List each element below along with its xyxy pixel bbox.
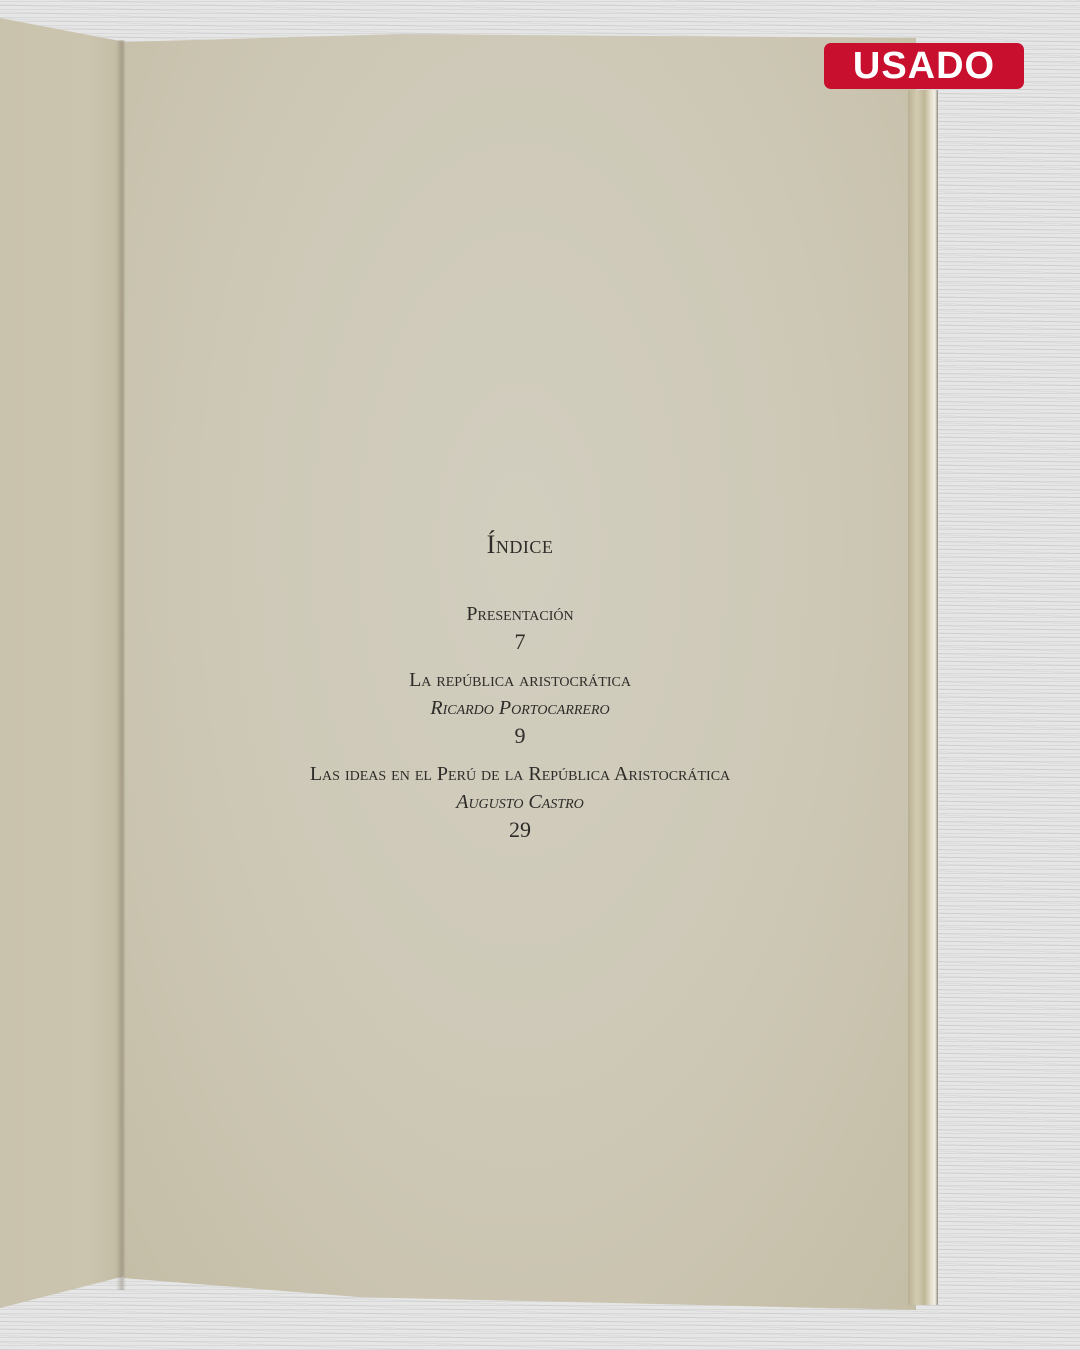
open-book: Índice Presentación 7 La república arist… [0, 0, 1080, 1350]
toc-entry-page: 7 [124, 628, 916, 656]
toc-entry: Las ideas en el Perú de la República Ari… [124, 760, 916, 844]
toc-entry: La república aristocrática Ricardo Porto… [124, 666, 916, 750]
toc-entry-author: Ricardo Portocarrero [124, 694, 916, 722]
toc-entry-author: Augusto Castro [124, 788, 916, 816]
toc-entry: Presentación 7 [124, 600, 916, 656]
toc-entry-heading: Las ideas en el Perú de la República Ari… [124, 760, 916, 788]
toc-entry-heading: Presentación [124, 600, 916, 628]
table-of-contents: Índice Presentación 7 La república arist… [124, 530, 916, 854]
used-condition-badge: USADO [824, 43, 1024, 89]
toc-entry-heading: La república aristocrática [124, 666, 916, 694]
toc-entry-page: 9 [124, 722, 916, 750]
toc-title: Índice [124, 530, 916, 560]
toc-entry-page: 29 [124, 816, 916, 844]
left-page [0, 18, 125, 1330]
